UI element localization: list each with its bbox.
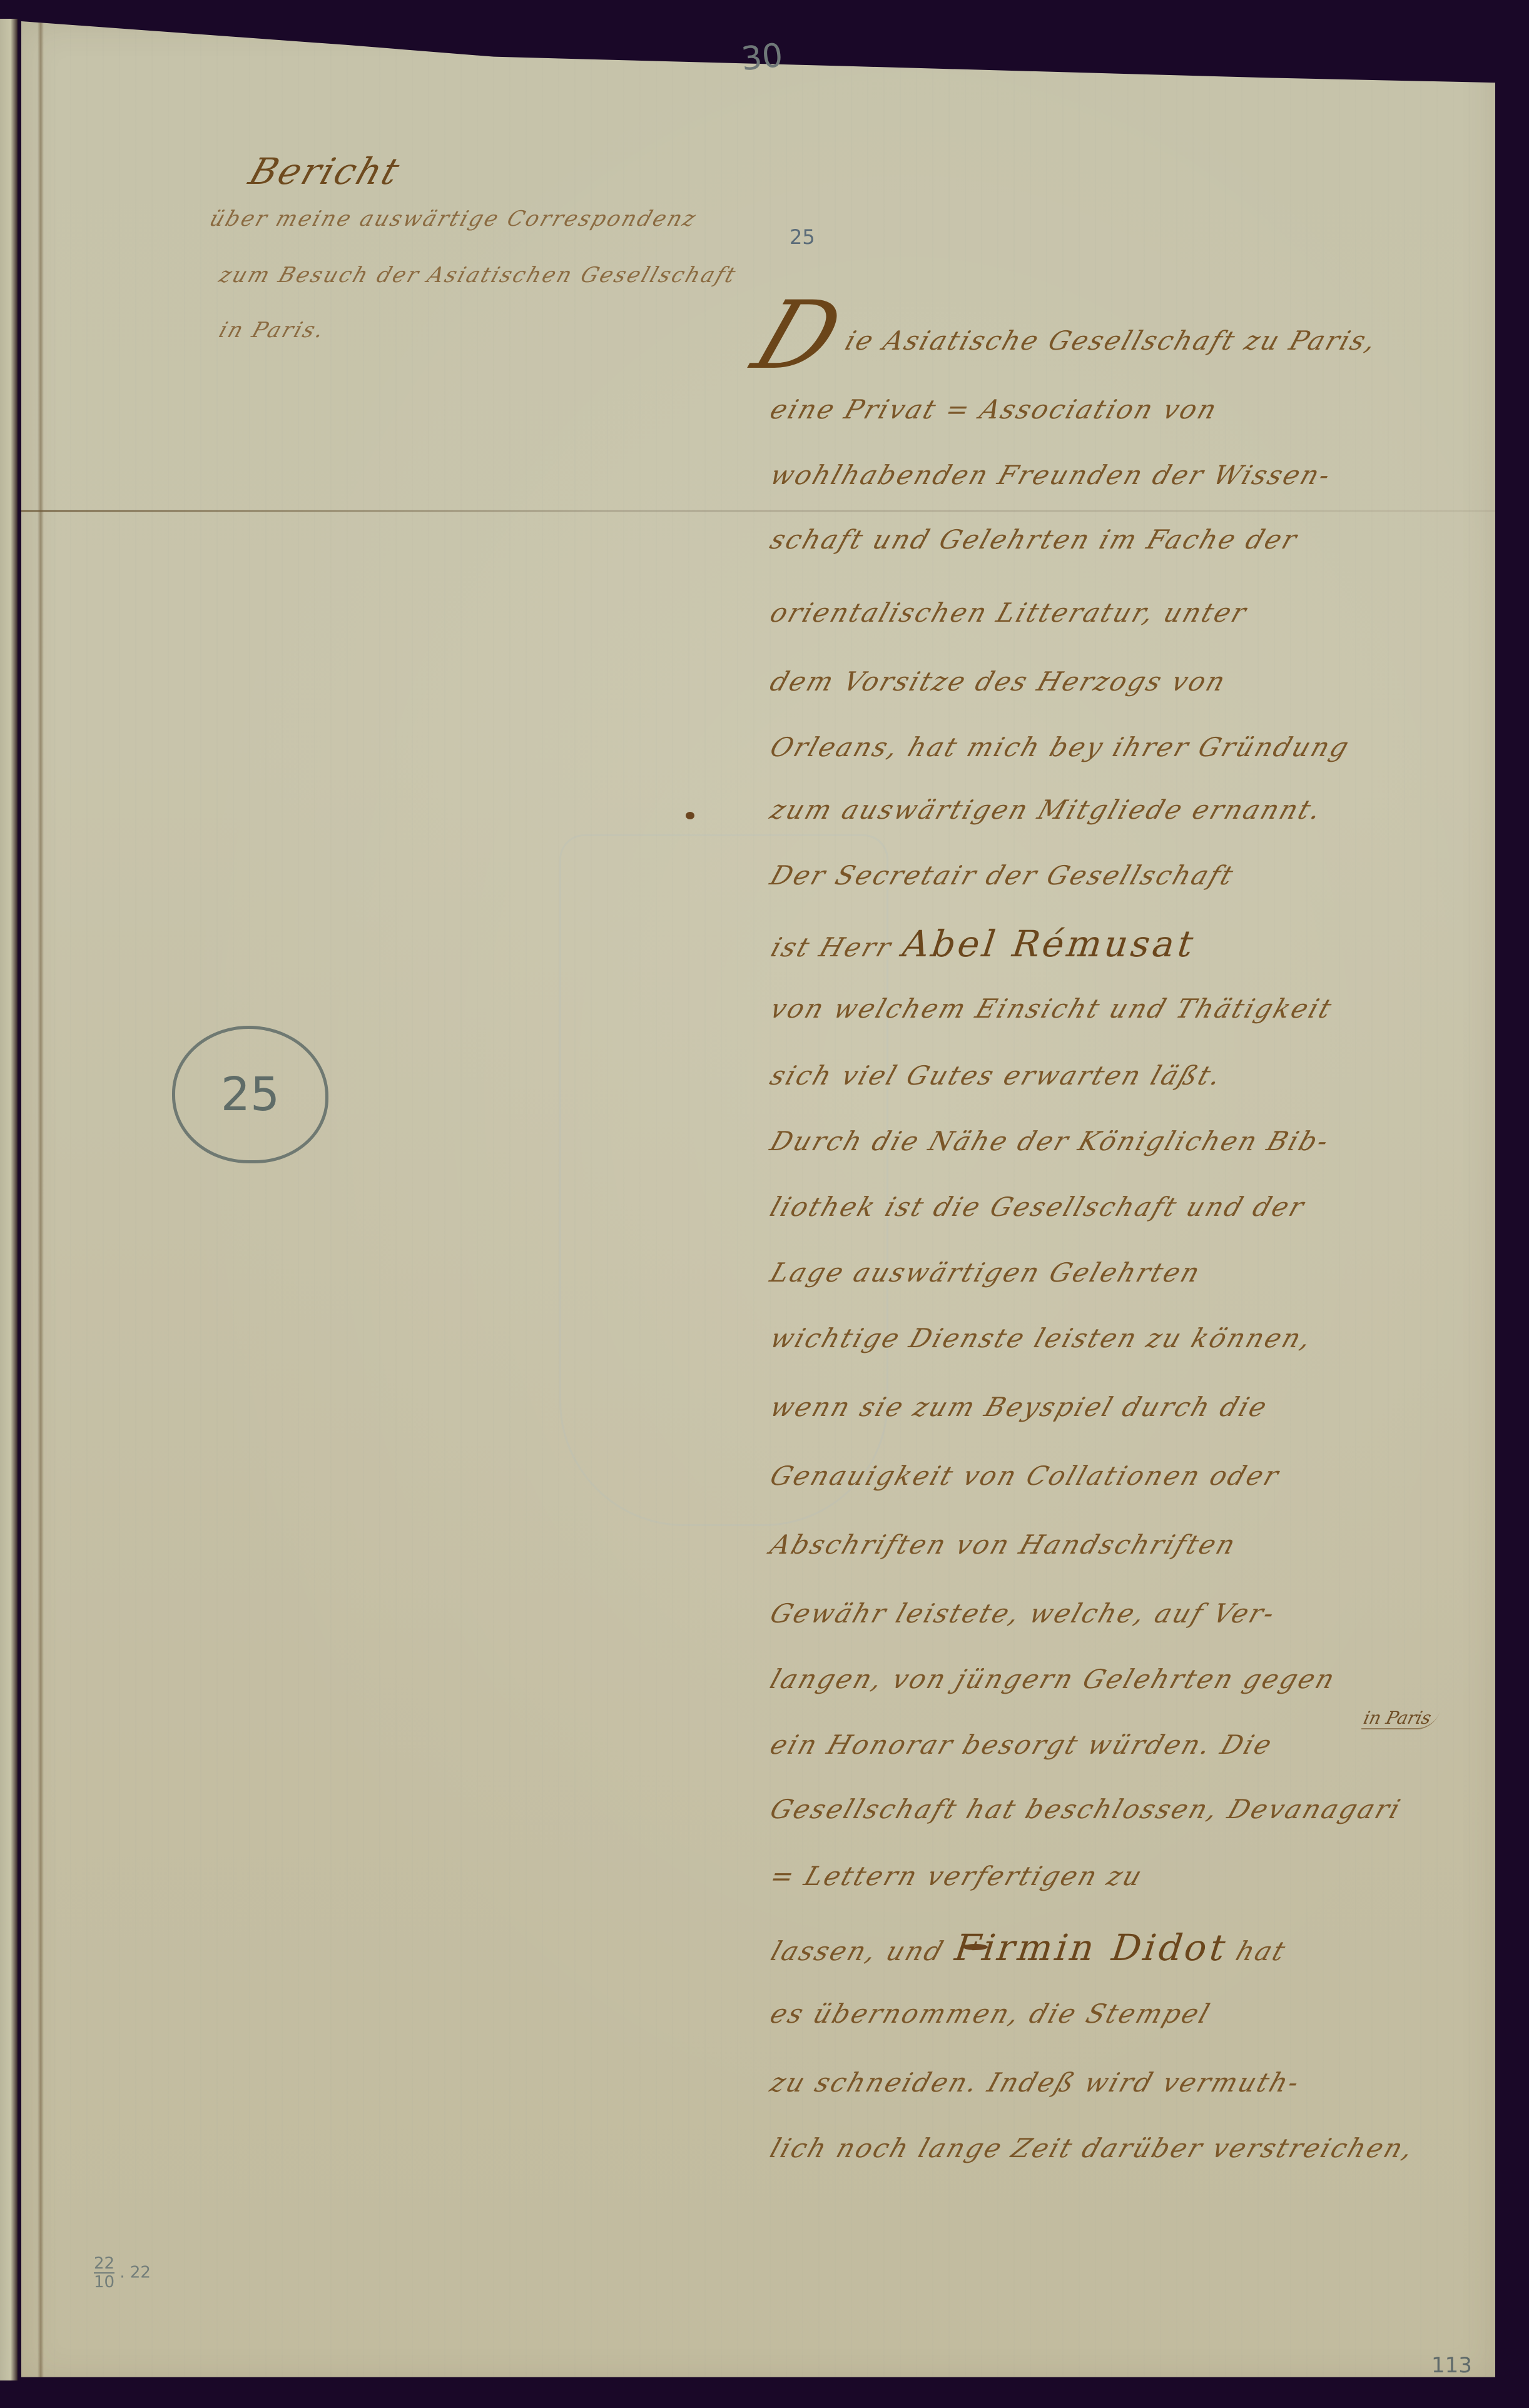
body-line: Gewähr leistete, welche, auf Ver- (766, 1598, 1280, 1629)
body-line: sich viel Gutes erwarten läßt. (766, 1060, 1227, 1091)
folio-number-top: 30 (739, 37, 785, 79)
body-line: zu schneiden. Indeß wird vermuth- (766, 2067, 1305, 2098)
body-line: dem Vorsitze des Herzogs von (766, 666, 1231, 697)
body-line: schaft und Gelehrten im Fache der (766, 524, 1303, 555)
body-line: zum auswärtigen Mitgliede ernannt. (766, 794, 1327, 825)
body-line: Lage auswärtigen Gelehrten (766, 1257, 1206, 1288)
body-line: Orleans, hat mich bey ihrer Gründung (766, 732, 1354, 762)
name-typefounder: Firmin Didot (948, 1926, 1235, 1969)
date-fraction: 22 10 (94, 2255, 114, 2291)
date-note: 22 10 . 22 (94, 2255, 151, 2291)
page-number: 113 (1431, 2353, 1472, 2378)
circled-number-stamp: 25 (172, 1026, 328, 1163)
horizontal-fold-line (21, 510, 1498, 512)
body-line: Der Secretair der Gesellschaft (766, 860, 1239, 891)
date-denominator: 10 (94, 2272, 114, 2291)
heading-line: in Paris. (216, 318, 329, 343)
scan-border-bottom (0, 2380, 1529, 2408)
body-line: langen, von jüngern Gelehrten gegen (766, 1664, 1340, 1694)
body-line: Durch die Nähe der Königlichen Bib- (766, 1126, 1334, 1156)
heading-line: über meine auswärtige Correspondenz (206, 206, 701, 231)
body-line: Gesellschaft hat beschlossen, Devanagari (766, 1794, 1406, 1824)
body-text: lassen, und (767, 1936, 948, 1966)
heading-title: Bericht (244, 150, 406, 193)
body-line: ie Asiatische Gesellschaft zu Paris, (841, 325, 1382, 356)
date-numerator: 22 (94, 2255, 114, 2272)
circled-number: 25 (221, 1068, 280, 1121)
binding-margin-stain (38, 21, 44, 2384)
body-text: hat (1232, 1936, 1291, 1966)
body-line: wichtige Dienste leisten zu können, (766, 1323, 1317, 1353)
body-line: wenn sie zum Beyspiel durch die (766, 1392, 1272, 1422)
body-line: eine Privat = Association von (766, 394, 1222, 425)
ink-blot (686, 812, 694, 819)
body-line: Abschriften von Handschriften (766, 1529, 1241, 1560)
folio-number-small: 25 (790, 225, 815, 249)
body-line: es übernommen, die Stempel (766, 1998, 1215, 2029)
date-suffix: . 22 (119, 2264, 151, 2282)
body-line: Genauigkeit von Collationen oder (766, 1460, 1284, 1491)
body-line: lich noch lange Zeit darüber verstreiche… (766, 2133, 1419, 2163)
body-text: ist Herr (767, 932, 897, 963)
name-secretary: Abel Rémusat (896, 923, 1202, 965)
body-line: orientalischen Litteratur, unter (766, 597, 1252, 628)
body-line: ein Honorar besorgt würden. Die (766, 1729, 1278, 1760)
body-line: ist Herr Abel Rémusat (766, 923, 1203, 965)
body-line: lassen, und Firmin Didot hat (766, 1926, 1294, 1969)
body-line: = Lettern verfertigen zu (766, 1861, 1147, 1891)
body-line: wohlhabenden Freunden der Wissen- (766, 460, 1336, 490)
adjacent-page-edge (0, 19, 18, 2389)
heading-line: zum Besuch der Asiatischen Gesellschaft (216, 263, 740, 288)
body-line: von welchem Einsicht und Thätigkeit (766, 993, 1337, 1024)
body-line: liothek ist die Gesellschaft und der (766, 1191, 1309, 1222)
scan-border-right (1495, 0, 1529, 2408)
scan-border-top (0, 0, 1529, 19)
